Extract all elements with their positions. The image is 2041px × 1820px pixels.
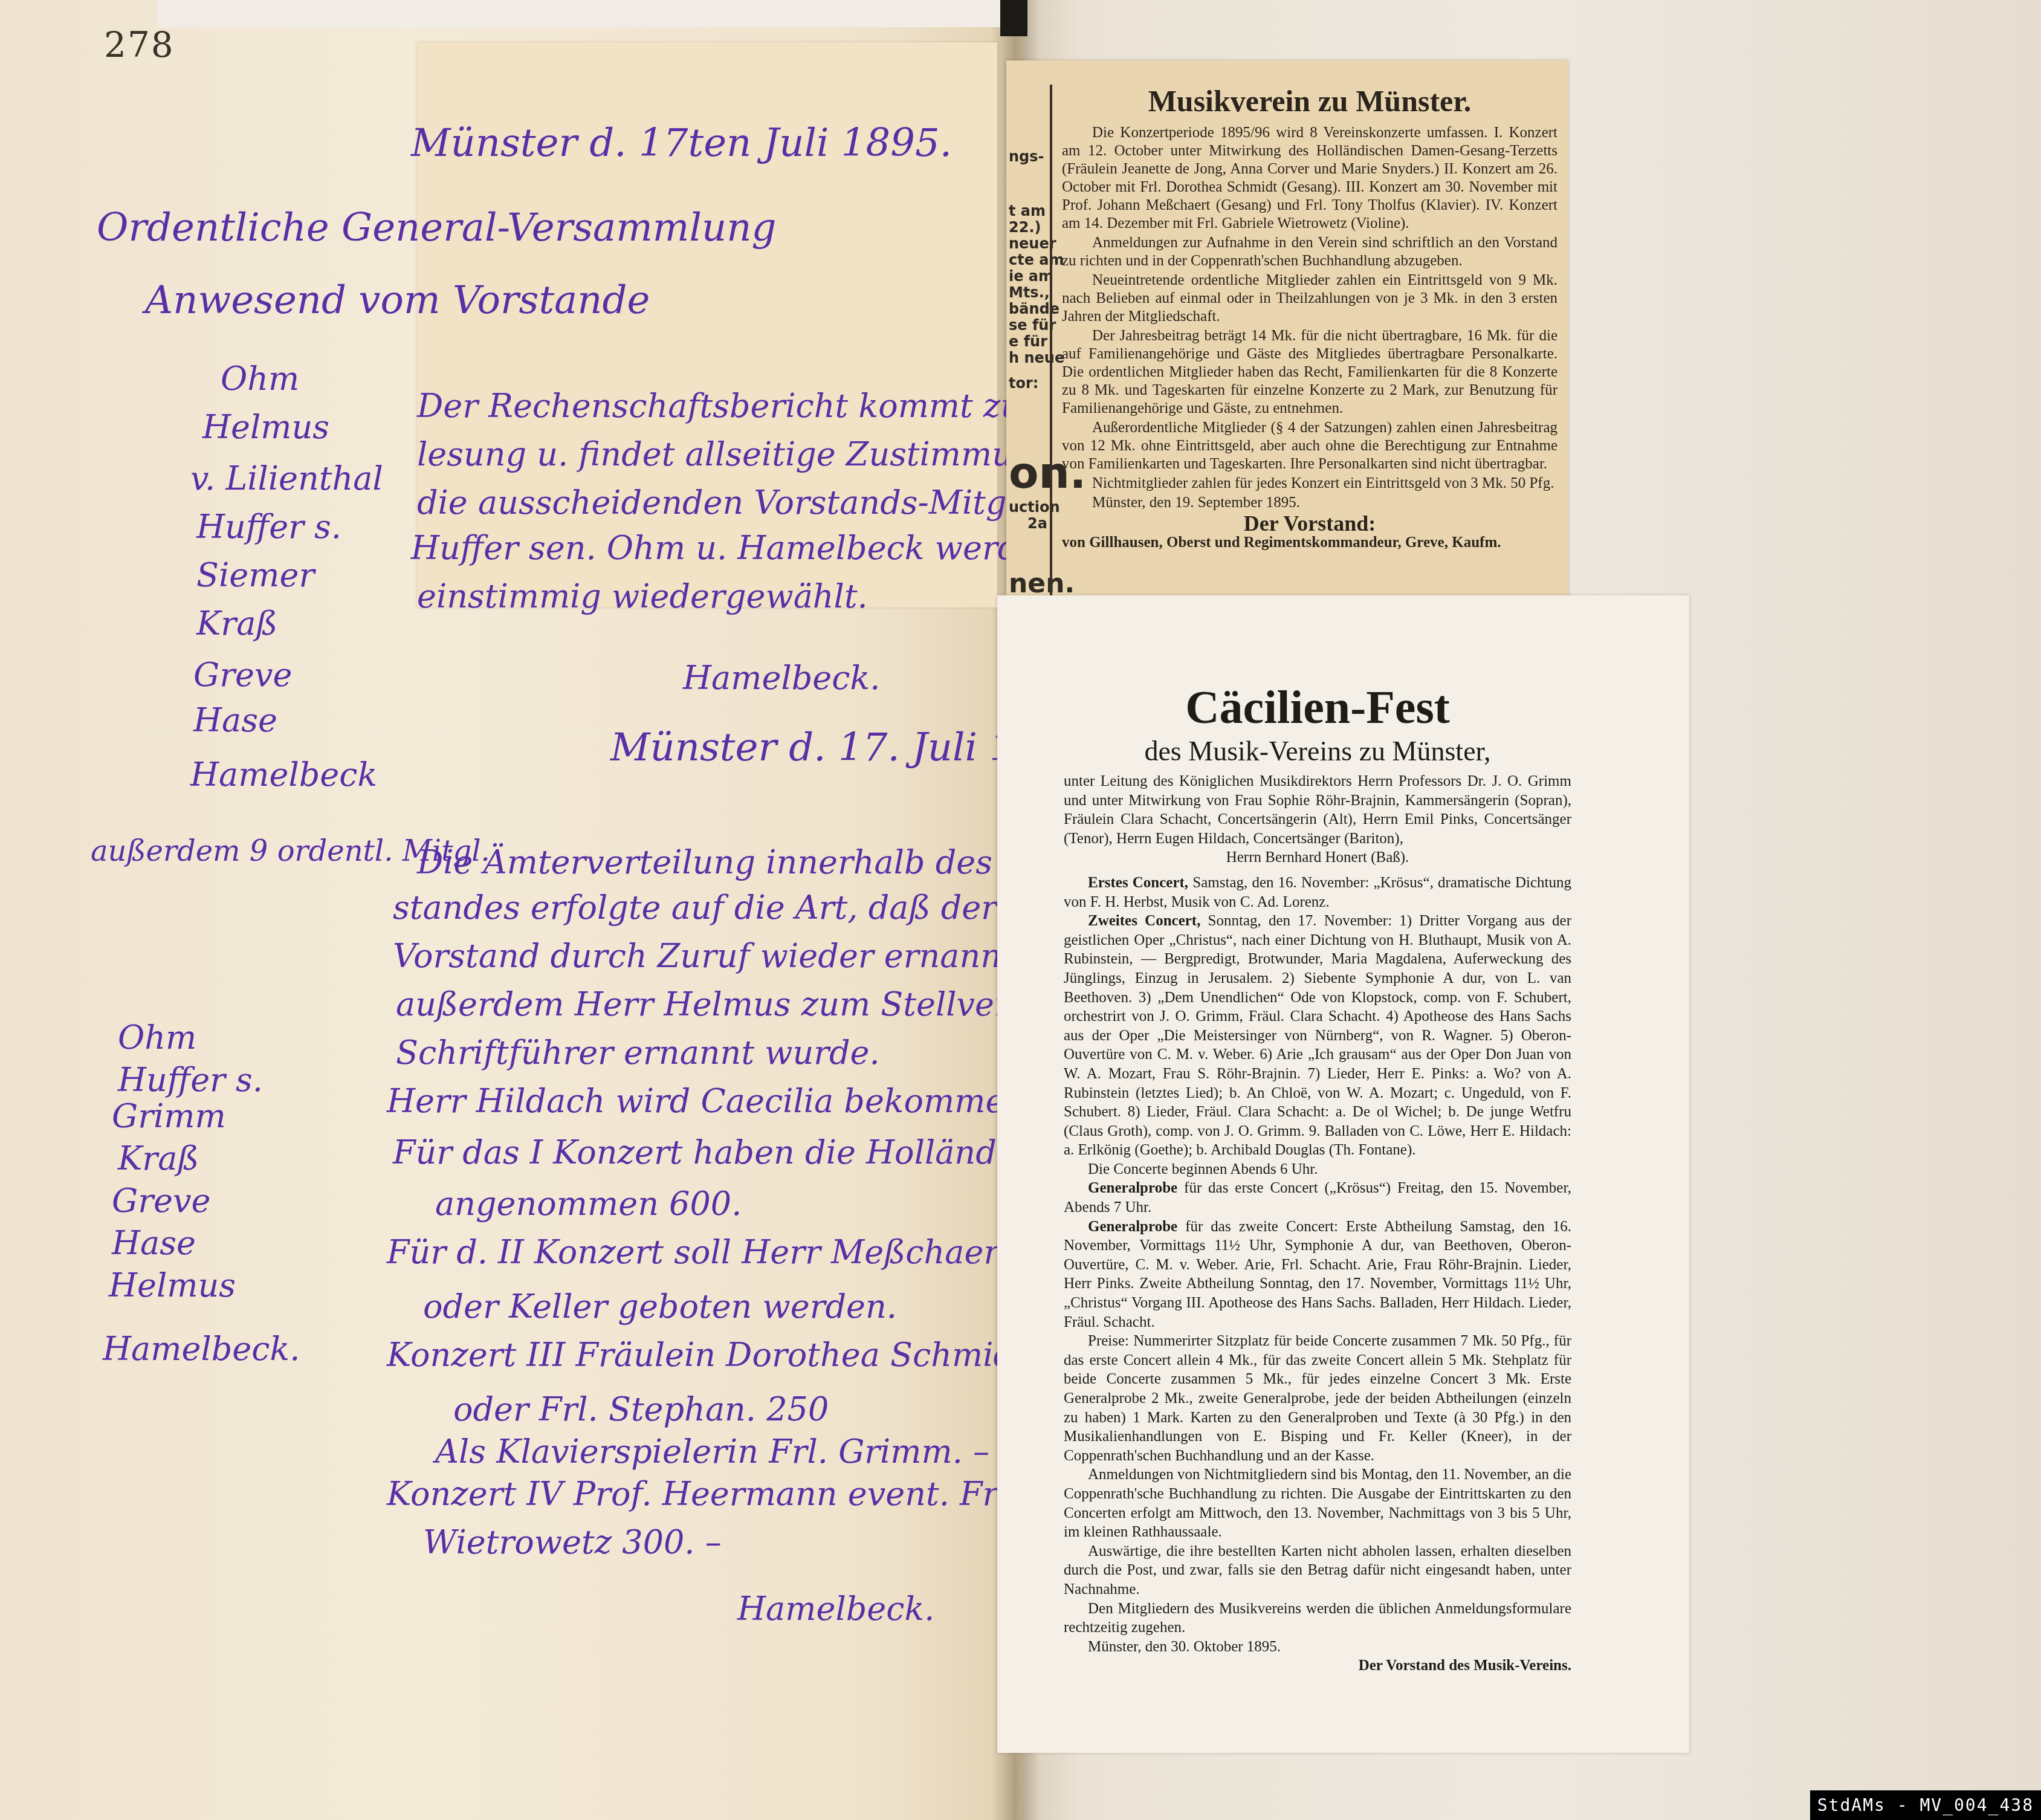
minutes-line: Die Ämterverteilung innerhalb des Vor- xyxy=(417,843,1070,881)
minutes-line: einstimmig wiedergewählt. xyxy=(417,577,868,615)
handwritten-heading-present: Anwesend vom Vorstande xyxy=(145,278,650,323)
attendee-name: Grimm xyxy=(112,1097,226,1135)
clipping-body: Musikverein zu Münster. Die Konzertperio… xyxy=(1062,82,1557,553)
edge-fragment: Mts., xyxy=(1009,284,1050,301)
notice-intro: unter Leitung des Königlichen Musikdirek… xyxy=(1064,772,1571,848)
attendee-name: Siemer xyxy=(196,556,314,594)
notice-rehearsal-2: Generalprobe für das zweite Concert: Ers… xyxy=(1064,1217,1571,1332)
concert-1-label: Erstes Concert, xyxy=(1088,875,1188,891)
clipping-signature: Der Vorstand: xyxy=(1062,514,1557,533)
attendee-name: Ohm xyxy=(221,360,299,398)
clipping-paragraph: Neueintretende ordentliche Mitglieder za… xyxy=(1062,271,1557,326)
prices-text: Nummerirter Sitzplatz für beide Concerte… xyxy=(1064,1333,1571,1464)
edge-fragment: 22.) xyxy=(1009,219,1041,236)
minutes-line: lesung u. findet allseitige Zustimmung xyxy=(417,435,1055,473)
minutes-line: Konzert IV Prof. Heermann event. Frln. xyxy=(387,1475,1040,1513)
handwritten-heading-assembly: Ordentliche General-Versammlung xyxy=(97,206,776,250)
edge-fragment: t am xyxy=(1009,202,1046,219)
notice-body: Cäcilien-Fest des Musik-Vereins zu Münst… xyxy=(1064,680,1571,1676)
rehearsal-2-label: Generalprobe xyxy=(1088,1219,1177,1235)
page-number: 278 xyxy=(104,24,175,65)
newspaper-clipping-musikverein: ngs- t am 22.) neuer cte am ie am Mts., … xyxy=(1006,60,1568,598)
printed-notice-caecilien-fest: Cäcilien-Fest des Musik-Vereins zu Münst… xyxy=(997,595,1689,1753)
clipping-cut-edge-text: ngs- t am 22.) neuer cte am ie am Mts., … xyxy=(1006,60,1049,598)
minutes-line: Konzert III Fräulein Dorothea Schmidt xyxy=(387,1336,1027,1374)
edge-fragment: 2a xyxy=(1027,515,1047,532)
top-paper-strip xyxy=(157,0,1015,27)
minutes-line: Vorstand durch Zuruf wieder ernannt, und xyxy=(393,937,1098,975)
attendee-name: Hase xyxy=(193,701,277,739)
edge-fragment: cte am xyxy=(1009,251,1064,268)
attendee-name: Huffer s. xyxy=(196,508,341,546)
notice-prices: Preise: Nummerirter Sitzplatz für beide … xyxy=(1064,1332,1571,1465)
archive-reference-label: StdAMs - MV_004_438 xyxy=(1810,1790,2041,1820)
edge-fragment: nen. xyxy=(1009,568,1075,598)
attendee-name: Ohm xyxy=(118,1018,196,1057)
edge-fragment: tor: xyxy=(1009,375,1038,392)
book-spine xyxy=(1000,0,1027,36)
minutes-line: Wietrowetz 300. – xyxy=(423,1523,722,1561)
clipping-title: Musikverein zu Münster. xyxy=(1062,82,1557,120)
minutes-line: Huffer sen. Ohm u. Hamelbeck werden xyxy=(411,529,1059,567)
signature-hamelbeck-2: Hamelbeck. xyxy=(737,1590,934,1628)
edge-fragment: h neue xyxy=(1009,349,1064,366)
notice-members: Den Mitgliedern des Musikvereins werden … xyxy=(1064,1599,1571,1637)
rehearsal-1-label: Generalprobe xyxy=(1088,1180,1177,1196)
minutes-line: angenommen 600. xyxy=(435,1185,742,1223)
minutes-line: Für d. II Konzert soll Herr Meßchaert 40… xyxy=(387,1233,1085,1271)
edge-fragment: ngs- xyxy=(1009,148,1044,165)
minutes-line: oder Frl. Stephan. 250 xyxy=(453,1390,829,1428)
attendee-name: Greve xyxy=(193,656,292,694)
clipping-paragraph: Außerordentliche Mitglieder (§ 4 der Sat… xyxy=(1062,419,1557,473)
notice-external: Auswärtige, die ihre bestellten Karten n… xyxy=(1064,1542,1571,1599)
clipping-cut-line: von Gillhausen, Oberst und Regimentskomm… xyxy=(1062,534,1557,552)
attendee-name: Helmus xyxy=(109,1266,236,1304)
notice-date: Münster, den 30. Oktober 1895. xyxy=(1064,1637,1571,1657)
clipping-date: Münster, den 19. September 1895. xyxy=(1062,494,1557,512)
notice-concert-1: Erstes Concert, Samstag, den 16. Novembe… xyxy=(1064,873,1571,912)
attendee-name: Greve xyxy=(112,1182,210,1220)
notice-signature: Der Vorstand des Musik-Vereins. xyxy=(1064,1656,1571,1676)
notice-intro-last: Herrn Bernhard Honert (Baß). xyxy=(1064,848,1571,867)
clipping-paragraph: Die Konzertperiode 1895/96 wird 8 Verein… xyxy=(1062,124,1557,233)
clipping-paragraph: Der Jahresbeitrag beträgt 14 Mk. für die… xyxy=(1062,327,1557,418)
minutes-line: Als Klavierspielerin Frl. Grimm. – xyxy=(435,1433,989,1471)
notice-registration: Anmeldungen von Nichtmitgliedern sind bi… xyxy=(1064,1465,1571,1541)
clipping-paragraph: Nichtmitglieder zahlen für jedes Konzert… xyxy=(1062,474,1557,493)
attendee-name: Kraß xyxy=(196,604,277,643)
minutes-line: oder Keller geboten werden. xyxy=(423,1287,897,1326)
minutes-line: die ausscheidenden Vorstands-Mitglieder xyxy=(417,484,1102,522)
edge-fragment: se für xyxy=(1009,317,1056,334)
handwritten-date-header: Münster d. 17ten Juli 1895. xyxy=(411,121,952,166)
notice-subtitle: des Musik-Vereins zu Münster, xyxy=(1064,734,1571,768)
attendee-name: Hase xyxy=(112,1224,196,1262)
attendee-name: Hamelbeck xyxy=(190,756,377,794)
notice-title: Cäcilien-Fest xyxy=(1064,680,1571,734)
minutes-line: standes erfolgte auf die Art, daß der al… xyxy=(393,889,1069,927)
column-rule xyxy=(1050,85,1052,598)
attendee-name: Hamelbeck. xyxy=(103,1330,300,1368)
attendee-name: Kraß xyxy=(118,1139,199,1177)
concert-2-label: Zweites Concert, xyxy=(1088,913,1200,929)
clipping-paragraph: Anmeldungen zur Aufnahme in den Verein s… xyxy=(1062,234,1557,270)
edge-fragment: ie am xyxy=(1009,268,1053,285)
minutes-line: Schriftführer ernannt wurde. xyxy=(396,1034,880,1072)
notice-concert-2: Zweites Concert, Sonntag, den 17. Novemb… xyxy=(1064,912,1571,1160)
edge-fragment: e für xyxy=(1009,333,1047,350)
signature-hamelbeck-1: Hamelbeck. xyxy=(683,659,880,697)
attendee-name: Helmus xyxy=(202,408,329,446)
concert-2-text: Sonntag, den 17. November: 1) Dritter Vo… xyxy=(1064,913,1571,1158)
notice-rehearsal-1: Generalprobe für das erste Concert („Krö… xyxy=(1064,1179,1571,1217)
notice-start-time: Die Concerte beginnen Abends 6 Uhr. xyxy=(1064,1160,1571,1179)
edge-fragment: neuer xyxy=(1009,235,1056,252)
rehearsal-2-text: für das zweite Concert: Erste Abtheilung… xyxy=(1064,1219,1571,1330)
attendee-name: Huffer s. xyxy=(118,1061,263,1099)
prices-label: Preise: xyxy=(1088,1333,1129,1349)
attendee-name: v. Lilienthal xyxy=(190,459,383,497)
